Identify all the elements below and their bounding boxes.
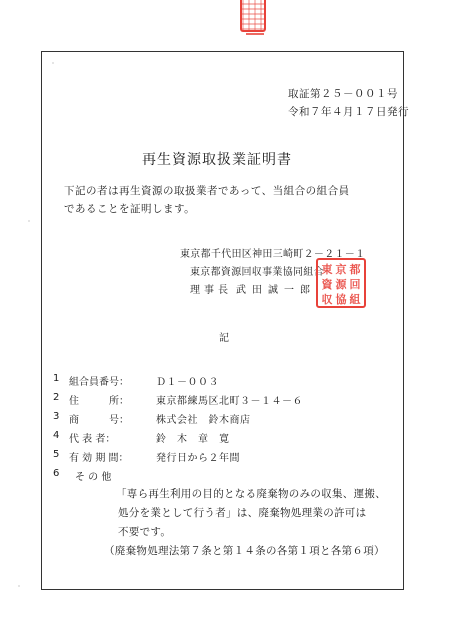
scan-speck bbox=[28, 220, 30, 222]
seal-char: 回 bbox=[349, 278, 361, 291]
seal-char: 京 bbox=[335, 263, 347, 276]
partial-seal-stamp-icon bbox=[240, 0, 266, 32]
seal-char: 都 bbox=[349, 263, 361, 276]
item-label: そ の 他 bbox=[75, 468, 111, 483]
ki-heading: 記 bbox=[219, 329, 229, 344]
item-value: 株式会社 鈴木商店 bbox=[156, 411, 251, 426]
issue-date: 令和７年４月１７日発行 bbox=[288, 104, 409, 119]
item-label: 組合員番号： bbox=[69, 373, 129, 388]
seal-mark bbox=[246, 33, 264, 35]
issuer-position: 理事長 bbox=[190, 281, 232, 296]
item-label: 代 表 者： bbox=[69, 430, 115, 445]
item-number: 4 bbox=[53, 430, 63, 441]
certificate-number: 取証第２５－００１号 bbox=[288, 86, 398, 101]
item-label: 有 効 期 間： bbox=[69, 449, 129, 464]
document-page: 取証第２５－００１号 令和７年４月１７日発行 再生資源取扱業証明書 下記の者は再… bbox=[0, 0, 453, 640]
seal-char: 資 bbox=[321, 278, 333, 291]
scan-speck bbox=[18, 585, 20, 587]
item-label: 住 所： bbox=[69, 392, 129, 407]
note-line-1: 「専ら再生利用の目的となる廃棄物のみの収集、運搬、 bbox=[116, 486, 386, 501]
item-value: 東京都練馬区北町３－１４－６ bbox=[156, 392, 303, 407]
item-value: 鈴 木 章 寛 bbox=[156, 430, 230, 445]
item-value: 発行日から２年間 bbox=[156, 449, 240, 464]
note-line-3: 不要です。 bbox=[118, 524, 171, 539]
seal-char: 東 bbox=[321, 263, 333, 276]
item-label: 商 号： bbox=[69, 411, 129, 426]
seal-char: 源 bbox=[335, 278, 347, 291]
note-line-2: 処分を業として行う者」は、廃棄物処理業の許可は bbox=[118, 505, 366, 520]
intro-text-line-1: 下記の者は再生資源の取扱業者であって、当組合の組合員 bbox=[64, 183, 350, 198]
issuer-name: 武田誠一郎 bbox=[236, 281, 316, 296]
seal-char: 組 bbox=[349, 293, 361, 306]
organization-seal-stamp-icon: 東 京 都 資 源 回 収 協 組 bbox=[316, 258, 366, 308]
item-number: 3 bbox=[53, 411, 63, 422]
item-value: Ｄ１－００３ bbox=[156, 373, 219, 388]
item-number: 5 bbox=[53, 449, 63, 460]
scan-speck bbox=[52, 62, 54, 64]
item-number: 2 bbox=[53, 392, 63, 403]
intro-text-line-2: であることを証明します。 bbox=[64, 201, 195, 216]
note-legal-reference: （廃棄物処理法第７条と第１４条の各第１項と各第６項） bbox=[104, 543, 385, 558]
issuer-organization: 東京都資源回収事業協同組合 bbox=[190, 263, 324, 278]
seal-char: 協 bbox=[335, 293, 347, 306]
document-title: 再生資源取扱業証明書 bbox=[142, 149, 292, 169]
seal-char: 収 bbox=[321, 293, 333, 306]
item-number: 6 bbox=[53, 468, 63, 479]
item-number: 1 bbox=[53, 373, 63, 384]
